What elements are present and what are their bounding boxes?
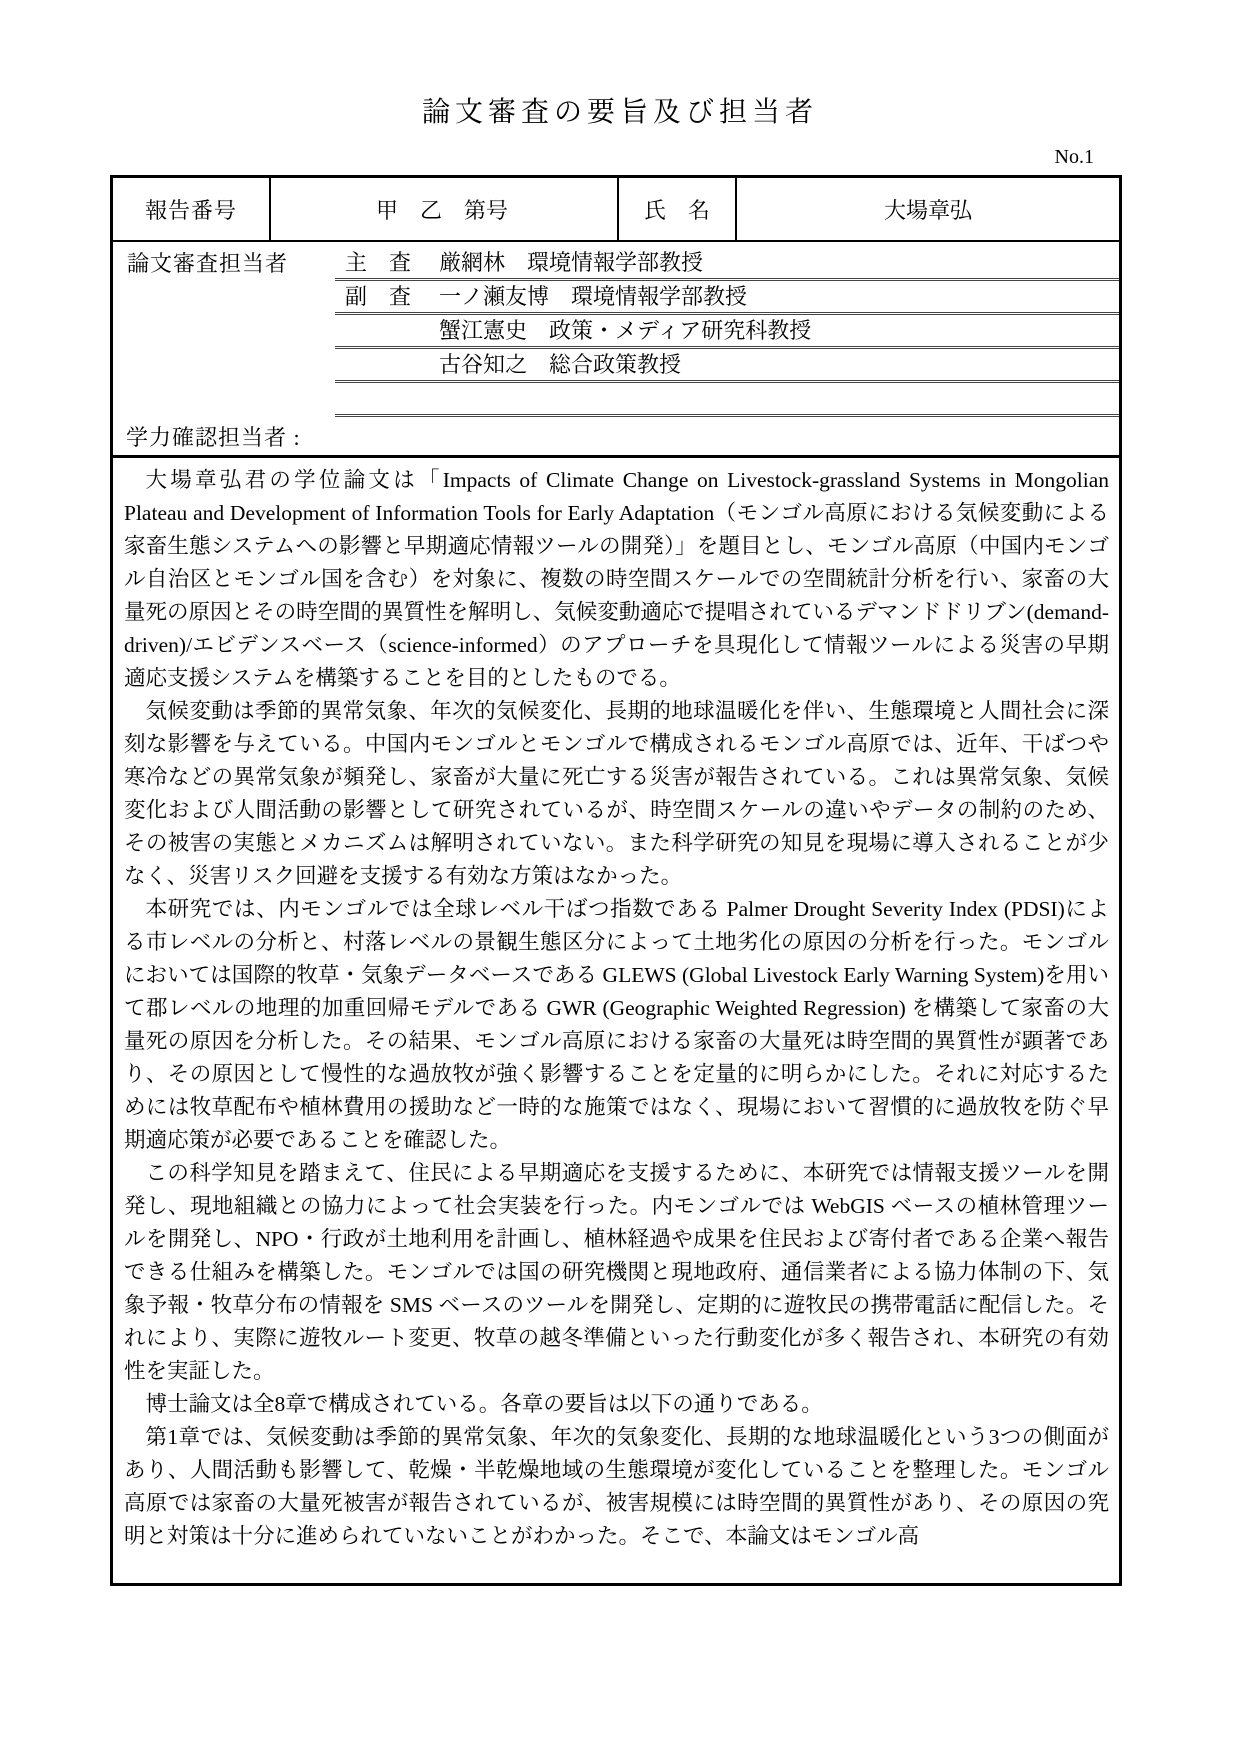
committee-row: 主 査 厳網林 環境情報学部教授 xyxy=(335,247,1119,281)
summary-body: 大場章弘君の学位論文は「Impacts of Climate Change on… xyxy=(113,455,1119,1583)
body-paragraph: 気候変動は季節的異常気象、年次的気候変化、長期的地球温暖化を伴い、生態環境と人間… xyxy=(124,695,1109,893)
committee-role: 副 査 xyxy=(335,281,439,312)
committee-role xyxy=(335,349,439,380)
committee-row: 副 査 一ノ瀬友博 環境情報学部教授 xyxy=(335,281,1119,315)
committee-label: 論文審査担当者 xyxy=(113,247,335,417)
committee-member: 蟹江憲史 政策・メディア研究科教授 xyxy=(439,315,1119,346)
report-number-cell: 甲 乙 第 号 xyxy=(271,178,619,240)
body-paragraph: 博士論文は全8章で構成されている。各章の要旨は以下の通りである。 xyxy=(124,1388,1109,1421)
committee-row: 蟹江憲史 政策・メディア研究科教授 xyxy=(335,315,1119,349)
report-number-label: 報告番号 xyxy=(113,178,271,240)
review-form-table: 報告番号 甲 乙 第 号 氏 名 大場章弘 論文審査担当者 主 査 厳網林 環境… xyxy=(110,175,1122,1586)
report-number-suffix: 号 xyxy=(486,194,508,225)
committee-member: 古谷知之 総合政策教授 xyxy=(439,349,1119,380)
name-value: 大場章弘 xyxy=(737,178,1119,240)
body-paragraph: 本研究では、内モンゴルでは全球レベル干ばつ指数である Palmer Drough… xyxy=(124,893,1109,1157)
header-row: 報告番号 甲 乙 第 号 氏 名 大場章弘 xyxy=(113,178,1119,242)
name-label: 氏 名 xyxy=(619,178,737,240)
committee-member: 一ノ瀬友博 環境情報学部教授 xyxy=(439,281,1119,312)
committee-lines: 主 査 厳網林 環境情報学部教授 副 査 一ノ瀬友博 環境情報学部教授 蟹江憲史… xyxy=(335,247,1119,417)
body-paragraph: この科学知見を踏まえて、住民による早期適応を支援するために、本研究では情報支援ツ… xyxy=(124,1157,1109,1388)
committee-role xyxy=(335,383,439,414)
committee-row: 古谷知之 総合政策教授 xyxy=(335,349,1119,383)
doc-title: 論文審査の要旨及び担当者 xyxy=(0,0,1240,130)
academic-check-label: 学力確認担当者 : xyxy=(126,421,301,452)
body-paragraph: 第1章では、気候変動は季節的異常気象、年次的気象変化、長期的な地球温暖化という3… xyxy=(124,1421,1109,1553)
committee-role xyxy=(335,315,439,346)
committee-member: 厳網林 環境情報学部教授 xyxy=(439,247,1119,278)
committee-member xyxy=(439,383,1119,414)
committee-section: 論文審査担当者 主 査 厳網林 環境情報学部教授 副 査 一ノ瀬友博 環境情報学… xyxy=(113,242,1119,417)
committee-row-empty xyxy=(335,383,1119,417)
page: 論文審査の要旨及び担当者 No.1 報告番号 甲 乙 第 号 氏 名 大場章弘 … xyxy=(0,0,1240,1754)
academic-check-row: 学力確認担当者 : xyxy=(113,417,1119,455)
body-paragraph: 大場章弘君の学位論文は「Impacts of Climate Change on… xyxy=(124,464,1109,695)
report-number-prefix: 甲 乙 第 xyxy=(376,194,486,225)
page-number: No.1 xyxy=(110,146,1122,169)
committee-role: 主 査 xyxy=(335,247,439,278)
